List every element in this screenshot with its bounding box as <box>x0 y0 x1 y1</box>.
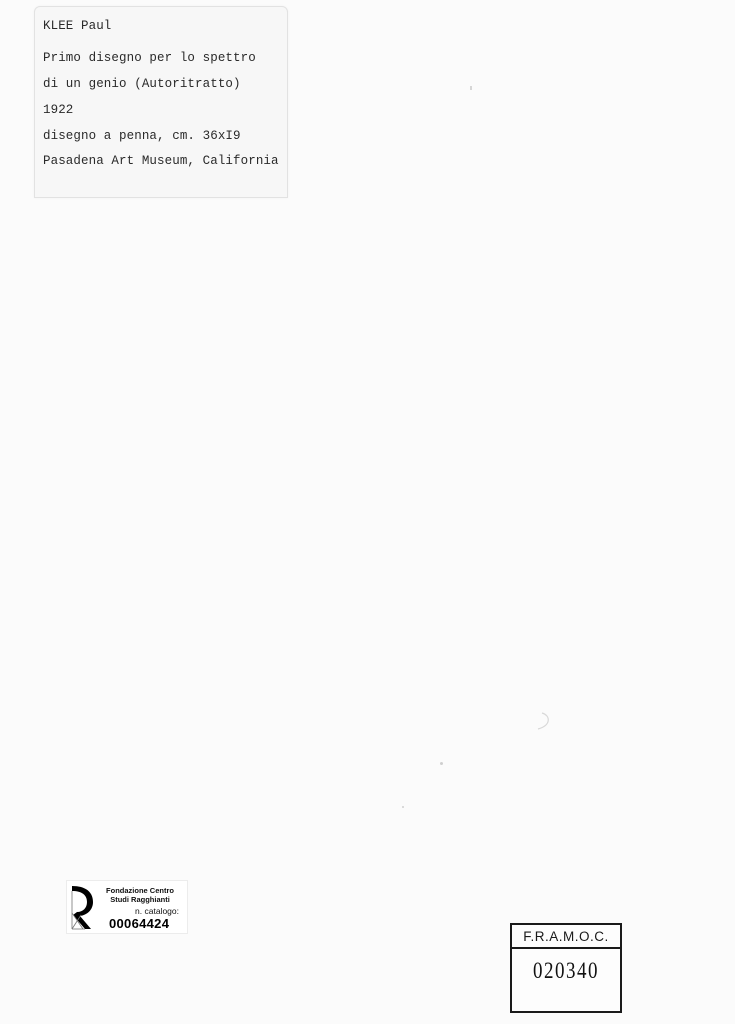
artwork-location: Pasadena Art Museum, California <box>43 154 279 168</box>
ragghianti-r-logo-icon <box>69 883 95 931</box>
artist-name: KLEE Paul <box>43 19 111 33</box>
catalog-number: 00064424 <box>109 916 169 931</box>
foundation-name: Fondazione Centro Studi Ragghianti <box>97 886 183 904</box>
stamp-number: 020340 <box>512 959 620 985</box>
speck <box>470 86 472 90</box>
speck <box>440 762 443 765</box>
artwork-title-line1: Primo disegno per lo spettro <box>43 51 256 65</box>
paper-mark-icon <box>530 705 560 735</box>
foundation-line1: Fondazione Centro <box>97 886 183 895</box>
artwork-medium: disegno a penna, cm. 36xI9 <box>43 129 241 143</box>
speck <box>402 806 404 808</box>
catalog-label: Fondazione Centro Studi Ragghianti n. ca… <box>66 880 188 934</box>
foundation-line2: Studi Ragghianti <box>97 895 183 904</box>
artwork-title-line2: di un genio (Autoritratto) <box>43 77 241 91</box>
artwork-index-card: KLEE Paul Primo disegno per lo spettro d… <box>34 6 288 198</box>
stamp-header: F.R.A.M.O.C. <box>512 925 620 949</box>
artwork-year: 1922 <box>43 103 73 117</box>
framoc-stamp: F.R.A.M.O.C. 020340 <box>510 923 622 1013</box>
catalog-number-label: n. catalogo: <box>135 906 179 916</box>
